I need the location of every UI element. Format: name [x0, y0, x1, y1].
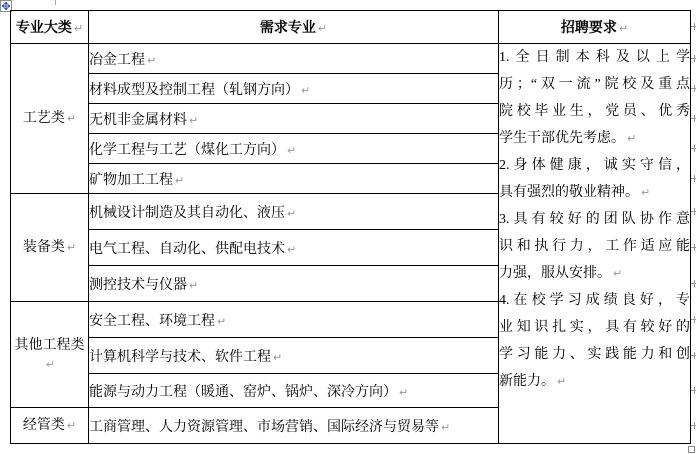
requirement-line: 识和执行力，工作适应能: [499, 233, 690, 260]
category-cell-jingguan[interactable]: 经管类↵: [11, 408, 89, 444]
header-majors-label: 需求专业: [260, 21, 316, 36]
requirement-line: 学生干部优先考虑。↵: [499, 125, 690, 152]
cell-end-mark: ↵: [67, 419, 76, 432]
requirement-line: 1.全日制本科及以上学: [499, 44, 690, 71]
recruitment-table: 专业大类↵ 需求专业↵ 招聘要求↵ 工艺类↵ 冶金工程↵ 1.全日制本科及以上学…: [10, 10, 691, 444]
category-label: 装备类: [23, 240, 65, 255]
category-cell-gongyi[interactable]: 工艺类↵: [11, 44, 89, 194]
requirement-line: 具有强烈的敬业精神。↵: [499, 179, 690, 206]
paragraph-mark: ↵: [557, 375, 566, 388]
major-text: 化学工程与工艺（煤化工方向）: [89, 143, 285, 158]
major-cell[interactable]: 工商管理、人力资源管理、市场营销、国际经济与贸易等↵: [89, 408, 499, 444]
major-text: 矿物加工工程: [89, 173, 173, 188]
major-cell[interactable]: 机械设计制造及其自动化、液压↵: [89, 194, 499, 230]
table-resize-handle[interactable]: [688, 446, 695, 453]
move-arrows-icon: [2, 2, 10, 10]
row-end-marker: [691, 115, 696, 122]
row-end-marker: [691, 352, 696, 359]
paragraph-mark: ↵: [627, 132, 636, 145]
header-category-label: 专业大类: [16, 21, 72, 36]
category-cell-qita[interactable]: 其他工程类↵: [11, 302, 89, 408]
paragraph-mark: ↵: [613, 267, 622, 280]
major-cell[interactable]: 安全工程、环境工程↵: [89, 302, 499, 338]
row-end-marker: [691, 55, 696, 62]
requirement-line: 历；“双一流”院校及重点: [499, 71, 690, 98]
major-cell[interactable]: 材料成型及控制工程（轧钢方向）↵: [89, 74, 499, 104]
category-cell-zhuangbei[interactable]: 装备类↵: [11, 194, 89, 302]
table-header-row: 专业大类↵ 需求专业↵ 招聘要求↵: [11, 11, 691, 44]
major-text: 计算机科学与技术、软件工程: [89, 350, 271, 365]
row-end-marker: [691, 23, 696, 30]
requirement-line: 学习能力、实践能力和创: [499, 341, 690, 368]
major-cell[interactable]: 矿物加工工程↵: [89, 164, 499, 194]
cell-end-mark: ↵: [189, 114, 198, 127]
row-end-marker: [691, 175, 696, 182]
row-end-marker: [691, 145, 696, 152]
table-row: 工艺类↵ 冶金工程↵ 1.全日制本科及以上学 历；“双一流”院校及重点 院校毕业…: [11, 44, 691, 74]
requirement-line: 院校毕业生，党员、优秀: [499, 98, 690, 125]
major-cell[interactable]: 电气工程、自动化、供配电技术↵: [89, 230, 499, 266]
requirement-line: 力强，服从安排。↵: [499, 260, 690, 287]
cell-end-mark: ↵: [318, 22, 327, 35]
major-text: 冶金工程: [89, 53, 145, 68]
major-text: 材料成型及控制工程（轧钢方向）: [89, 83, 299, 98]
header-requirements-label: 招聘要求: [561, 21, 617, 36]
major-text: 电气工程、自动化、供配电技术: [89, 242, 285, 257]
major-text: 无机非金属材料: [89, 113, 187, 128]
requirement-line: 3.具有较好的团队协作意: [499, 206, 690, 233]
category-label: 其他工程类: [15, 338, 85, 353]
requirement-line: 4.在校学习成绩良好，专: [499, 287, 690, 314]
requirement-line: 新能力。↵: [499, 368, 690, 395]
cell-end-mark: ↵: [46, 358, 55, 371]
major-cell[interactable]: 测控技术与仪器↵: [89, 266, 499, 302]
major-text: 测控技术与仪器: [89, 278, 187, 293]
major-text: 机械设计制造及其自动化、液压: [89, 206, 285, 221]
cell-end-mark: ↵: [273, 351, 282, 364]
cell-end-mark: ↵: [67, 112, 76, 125]
cell-end-mark: ↵: [175, 174, 184, 187]
cell-end-mark: ↵: [619, 22, 628, 35]
cell-end-mark: ↵: [287, 207, 296, 220]
row-end-marker: [691, 422, 696, 429]
major-cell[interactable]: 冶金工程↵: [89, 44, 499, 74]
requirements-cell[interactable]: 1.全日制本科及以上学 历；“双一流”院校及重点 院校毕业生，党员、优秀 学生干…: [499, 44, 691, 444]
cell-end-mark: ↵: [189, 279, 198, 292]
cell-end-mark: ↵: [301, 84, 310, 97]
major-text: 能源与动力工程（暖通、窑炉、锅炉、深冷方向）: [89, 385, 397, 400]
cell-end-mark: ↵: [67, 241, 76, 254]
cell-end-mark: ↵: [74, 22, 83, 35]
row-end-marker: [691, 316, 696, 323]
cell-end-mark: ↵: [217, 315, 226, 328]
header-category[interactable]: 专业大类↵: [11, 11, 89, 44]
cell-end-mark: ↵: [287, 144, 296, 157]
category-label: 工艺类: [23, 111, 65, 126]
requirement-line: 2.身体健康，诚实守信，: [499, 152, 690, 179]
major-cell[interactable]: 能源与动力工程（暖通、窑炉、锅炉、深冷方向）↵: [89, 374, 499, 408]
paragraph-mark: ↵: [641, 186, 650, 199]
ruler-tick: [55, 0, 56, 5]
major-text: 工商管理、人力资源管理、市场营销、国际经济与贸易等: [89, 420, 439, 435]
row-end-marker: [691, 85, 696, 92]
header-majors[interactable]: 需求专业↵: [89, 11, 499, 44]
row-end-marker: [691, 208, 696, 215]
row-end-marker: [691, 244, 696, 251]
cell-end-mark: ↵: [399, 386, 408, 399]
major-cell[interactable]: 化学工程与工艺（煤化工方向）↵: [89, 134, 499, 164]
row-end-marker: [691, 280, 696, 287]
major-cell[interactable]: 无机非金属材料↵: [89, 104, 499, 134]
row-end-marker: [691, 387, 696, 394]
major-cell[interactable]: 计算机科学与技术、软件工程↵: [89, 338, 499, 374]
requirement-line: 业知识扎实，具有较好的: [499, 314, 690, 341]
header-requirements[interactable]: 招聘要求↵: [499, 11, 691, 44]
major-text: 安全工程、环境工程: [89, 314, 215, 329]
cell-end-mark: ↵: [287, 243, 296, 256]
cell-end-mark: ↵: [441, 421, 450, 434]
cell-end-mark: ↵: [147, 54, 156, 67]
category-label: 经管类: [23, 418, 65, 433]
